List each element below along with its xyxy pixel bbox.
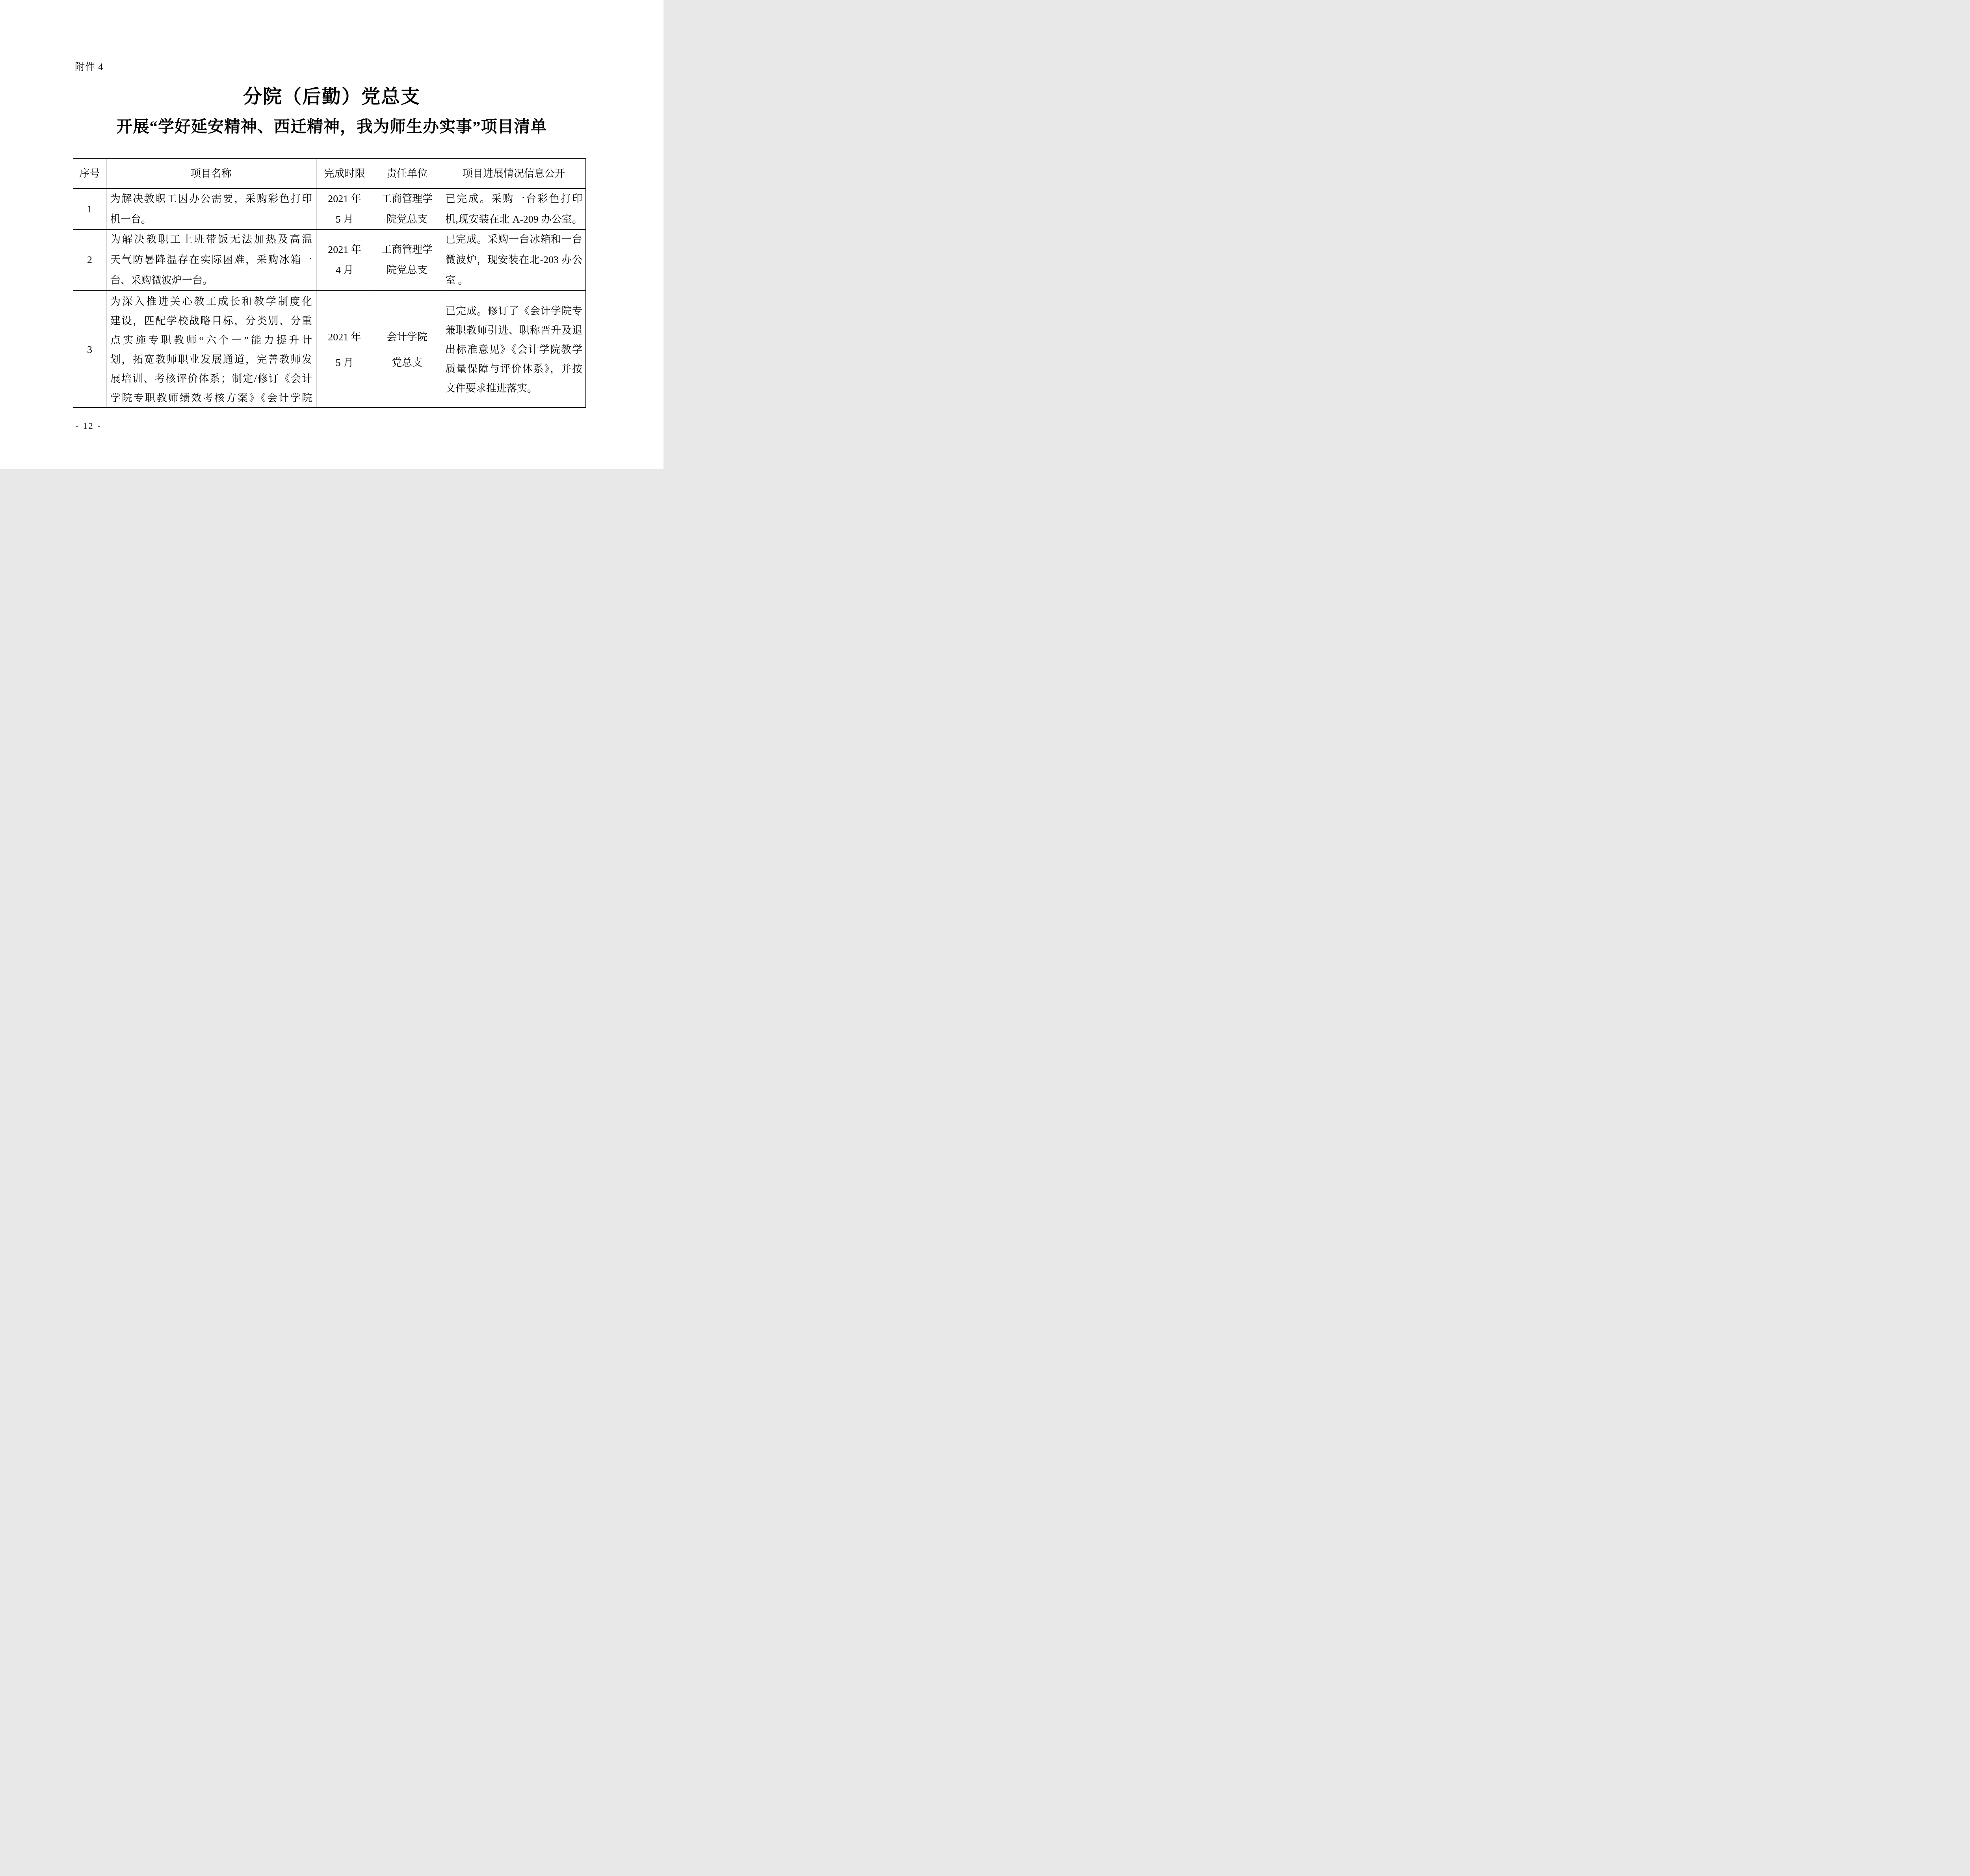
cell-line: 机,现安装在北 A-209 办公室。 xyxy=(445,209,582,230)
cell-line: 展培训、考核评价体系；制定/修订《会计 xyxy=(110,369,312,388)
cell-line: 质量保障与评价体系》，并按 xyxy=(445,359,582,379)
progress-cell: 已完成。采购一台彩色打印机,现安装在北 A-209 办公室。 xyxy=(441,189,586,230)
cell-line: 院党总支 xyxy=(373,260,441,280)
project-name-cell: 为解决教职工因办公需要，采购彩色打印机一台。 xyxy=(106,189,316,230)
cell-line: 工商管理学 xyxy=(373,189,441,209)
cell-line: 出标准意见》《会计学院教学 xyxy=(445,340,582,359)
deadline-cell: 2021 年4 月 xyxy=(316,230,373,291)
progress-cell: 已完成。采购一台冰箱和一台微波炉，现安装在北-203 办公室 。 xyxy=(441,230,586,291)
cell-line: 划，拓宽教师职业发展通道，完善教师发 xyxy=(110,350,312,369)
cell-line: 4 月 xyxy=(316,260,373,280)
attachment-label: 附件 4 xyxy=(75,58,104,76)
cell-line: 文件要求推进落实。 xyxy=(445,379,582,398)
cell-line: 台、采购微波炉一台。 xyxy=(110,270,312,291)
row-index-cell: 3 xyxy=(73,291,106,408)
header-label: 项目名称 xyxy=(106,167,316,180)
cell-line: 会计学院 xyxy=(373,324,441,350)
header-cell: 完成时限 xyxy=(316,159,373,189)
projects-table: 序号项目名称完成时限责任单位项目进展情况信息公开1为解决教职工因办公需要，采购彩… xyxy=(73,158,586,408)
cell-line: 建设，匹配学校战略目标，分类别、分重 xyxy=(110,311,312,331)
cell-line: 学院专职教师绩效考核方案》《会计学院 xyxy=(110,388,312,408)
document-title-line1: 分院（后勤）党总支 xyxy=(0,86,663,108)
header-label: 责任单位 xyxy=(373,167,441,180)
cell-line: 已完成。修订了《会计学院专 xyxy=(445,301,582,321)
responsible-unit-cell: 工商管理学院党总支 xyxy=(373,189,441,230)
header-label: 项目进展情况信息公开 xyxy=(441,167,586,180)
cell-line: 1 xyxy=(73,199,106,219)
project-name-cell: 为深入推进关心教工成长和教学制度化建设，匹配学校战略目标，分类别、分重点实施专职… xyxy=(106,291,316,408)
cell-line: 点实施专职教师“六个一”能力提升计 xyxy=(110,331,312,350)
cell-line: 兼职教师引进、职称晋升及退 xyxy=(445,321,582,340)
cell-line: 2021 年 xyxy=(316,324,373,350)
cell-line: 党总支 xyxy=(373,350,441,375)
cell-line: 2 xyxy=(73,250,106,270)
cell-line: 室 。 xyxy=(445,270,582,291)
deadline-cell: 2021 年5 月 xyxy=(316,291,373,408)
document-title-line2: 开展“学好延安精神、西迁精神，我为师生办实事”项目清单 xyxy=(0,117,663,136)
cell-line: 天气防暑降温存在实际困难，采购冰箱一 xyxy=(110,250,312,270)
cell-line: 为解决教职工因办公需要，采购彩色打印 xyxy=(110,189,312,209)
cell-line: 5 月 xyxy=(316,350,373,375)
cell-line: 已完成。采购一台彩色打印 xyxy=(445,189,582,209)
header-cell: 项目名称 xyxy=(106,159,316,189)
cell-line: 2021 年 xyxy=(316,189,373,209)
cell-line: 5 月 xyxy=(316,209,373,230)
cell-line: 为深入推进关心教工成长和教学制度化 xyxy=(110,292,312,311)
header-label: 序号 xyxy=(73,167,106,180)
responsible-unit-cell: 工商管理学院党总支 xyxy=(373,230,441,291)
responsible-unit-cell: 会计学院党总支 xyxy=(373,291,441,408)
header-cell: 序号 xyxy=(73,159,106,189)
project-name-cell: 为解决教职工上班带饭无法加热及高温天气防暑降温存在实际困难，采购冰箱一台、采购微… xyxy=(106,230,316,291)
header-label: 完成时限 xyxy=(316,167,373,180)
document-page: 附件 4 分院（后勤）党总支 开展“学好延安精神、西迁精神，我为师生办实事”项目… xyxy=(0,0,663,469)
row-index-cell: 1 xyxy=(73,189,106,230)
cell-line: 2021 年 xyxy=(316,240,373,260)
progress-cell: 已完成。修订了《会计学院专兼职教师引进、职称晋升及退出标准意见》《会计学院教学质… xyxy=(441,291,586,408)
cell-line: 院党总支 xyxy=(373,209,441,230)
cell-line: 已完成。采购一台冰箱和一台 xyxy=(445,230,582,250)
cell-line: 工商管理学 xyxy=(373,240,441,260)
page-number: - 12 - xyxy=(76,420,102,432)
row-index-cell: 2 xyxy=(73,230,106,291)
cell-line: 为解决教职工上班带饭无法加热及高温 xyxy=(110,230,312,250)
cell-line: 机一台。 xyxy=(110,209,312,230)
header-cell: 项目进展情况信息公开 xyxy=(441,159,586,189)
cell-line: 3 xyxy=(73,337,106,362)
cell-line: 微波炉，现安装在北-203 办公 xyxy=(445,250,582,270)
header-cell: 责任单位 xyxy=(373,159,441,189)
deadline-cell: 2021 年5 月 xyxy=(316,189,373,230)
